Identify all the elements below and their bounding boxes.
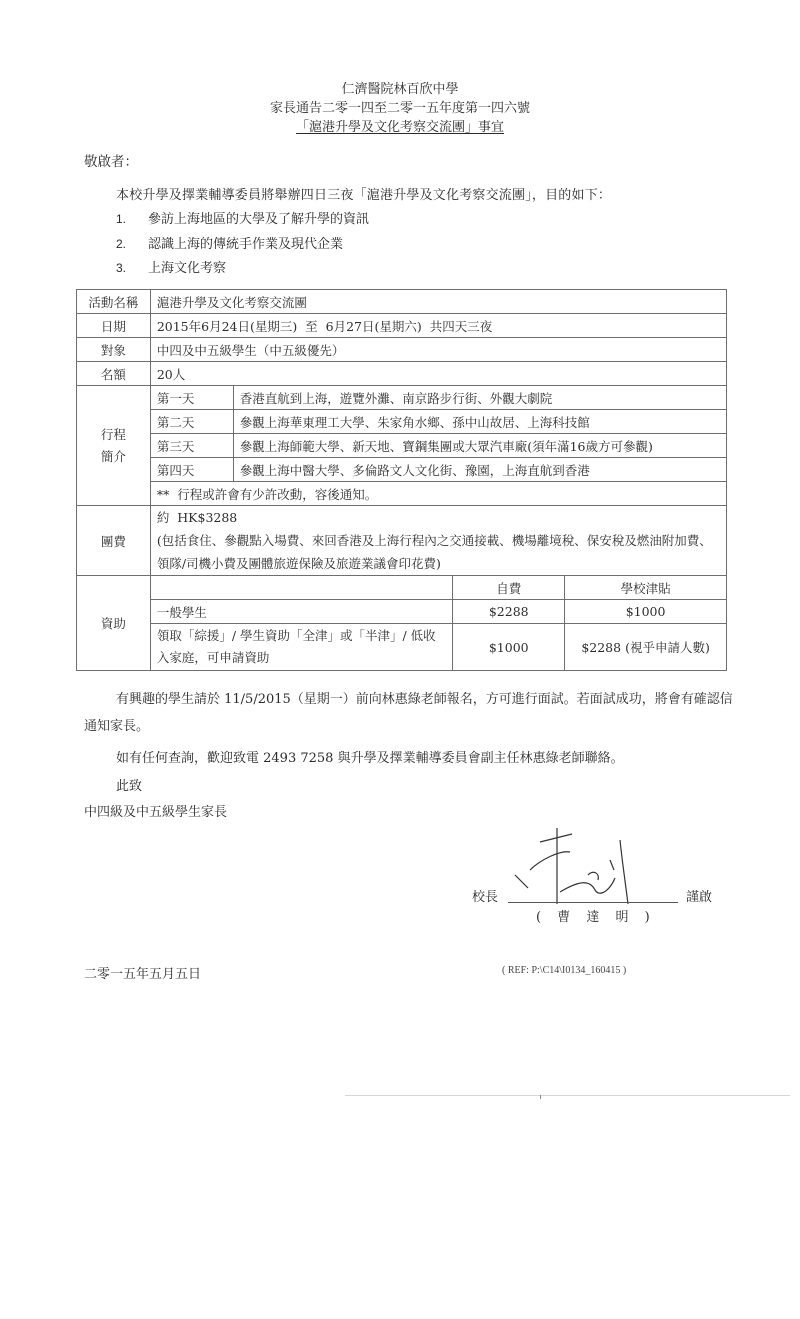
activity-info-table: 活動名稱 滬港升學及文化考察交流團 日期 2015年6月24日(星期三) 至 6… [76, 289, 727, 671]
fee-details: (包括食住、參觀點入場費、來回香港及上海行程內之交通接載、機場離境稅、保安稅及燃… [157, 529, 720, 575]
subsidy-self-paid: $1000 [453, 624, 565, 671]
itinerary-label: 行程 簡介 [77, 386, 151, 506]
itinerary-day-label: 第四天 [150, 458, 233, 482]
subsidy-header-school: 學校津貼 [565, 576, 727, 600]
principal-title: 校長 [472, 886, 498, 905]
itinerary-day-text: 參觀上海華東理工大學、朱家角水鄉、孫中山故居、上海科技館 [233, 410, 726, 434]
closing-phrase: 此致 [116, 775, 142, 794]
table-row-itinerary-day: 第四天 參觀上海中醫大學、多倫路文人文化街、豫園，上海直航到香港 [77, 458, 727, 482]
fee-label: 團費 [77, 506, 151, 576]
purpose-text: 認識上海的傳統手作業及現代企業 [148, 237, 343, 252]
fee-amount: 約 HK$3288 [157, 506, 720, 529]
table-row-activity-name: 活動名稱 滬港升學及文化考察交流團 [77, 290, 727, 314]
itinerary-label-line2: 簡介 [101, 449, 126, 464]
target-label: 對象 [77, 338, 151, 362]
subsidy-category: 一般學生 [150, 600, 452, 624]
enquiry-text: 如有任何查詢，歡迎致電 2493 7258 與升學及擇業輔導委員會副主任林惠綠老… [84, 751, 624, 766]
table-row-itinerary-note: ** 行程或許會有少許改動，容後通知。 [77, 482, 727, 506]
principal-name: ( 曹 達 明 ) [536, 906, 656, 925]
subsidy-self-paid: $2288 [453, 600, 565, 624]
school-name: 仁濟醫院林百欣中學 [0, 80, 800, 99]
purpose-text: 參訪上海地區的大學及了解升學的資訊 [148, 212, 369, 227]
signature-closing: 謹啟 [686, 886, 712, 905]
enquiry-paragraph: 如有任何查詢，歡迎致電 2493 7258 與升學及擇業輔導委員會副主任林惠綠老… [84, 745, 734, 772]
itinerary-label-line1: 行程 [101, 427, 126, 442]
purpose-text: 上海文化考察 [148, 261, 226, 276]
subsidy-header-self-paid: 自費 [453, 576, 565, 600]
registration-paragraph: 有興趣的學生請於 11/5/2015（星期一）前向林惠綠老師報名，方可進行面試。… [84, 686, 734, 740]
document-date: 二零一五年五月五日 [84, 963, 201, 982]
date-value: 2015年6月24日(星期三) 至 6月27日(星期六) 共四天三夜 [150, 314, 726, 338]
table-row-itinerary-day: 第二天 參觀上海華東理工大學、朱家角水鄉、孫中山故居、上海科技館 [77, 410, 727, 434]
table-row-itinerary-day: 行程 簡介 第一天 香港直航到上海，遊覽外灘、南京路步行街、外觀大劇院 [77, 386, 727, 410]
scan-artifact-tick [540, 1095, 541, 1099]
itinerary-day-label: 第三天 [150, 434, 233, 458]
principal-signature [510, 820, 660, 910]
reference-code: ( REF: P:\C14\I0134_160415 ) [502, 965, 626, 976]
subsidy-header-blank [150, 576, 452, 600]
registration-text: 有興趣的學生請於 11/5/2015（星期一）前向林惠綠老師報名，方可進行面試。… [84, 692, 733, 734]
table-row-target: 對象 中四及中五級學生（中五級優先） [77, 338, 727, 362]
activity-name-label: 活動名稱 [77, 290, 151, 314]
intro-paragraph: 本校升學及擇業輔導委員將舉辦四日三夜「滬港升學及文化考察交流團」，目的如下： [116, 184, 611, 203]
table-row-subsidy-header: 資助 自費 學校津貼 [77, 576, 727, 600]
quota-label: 名額 [77, 362, 151, 386]
date-label: 日期 [77, 314, 151, 338]
table-row-fee: 團費 約 HK$3288 (包括食住、參觀點入場費、來回香港及上海行程內之交通接… [77, 506, 727, 576]
recipient: 中四級及中五級學生家長 [84, 801, 227, 820]
scan-artifact-line [345, 1095, 790, 1096]
table-row-quota: 名額 20人 [77, 362, 727, 386]
subsidy-label: 資助 [77, 576, 151, 671]
purpose-item: 3.上海文化考察 [116, 257, 226, 276]
subsidy-school: $1000 [565, 600, 727, 624]
itinerary-day-text: 香港直航到上海，遊覽外灘、南京路步行街、外觀大劇院 [233, 386, 726, 410]
purpose-number: 2. [116, 237, 148, 251]
table-row-date: 日期 2015年6月24日(星期三) 至 6月27日(星期六) 共四天三夜 [77, 314, 727, 338]
quota-value: 20人 [150, 362, 726, 386]
purpose-number: 1. [116, 212, 148, 226]
activity-name-value: 滬港升學及文化考察交流團 [150, 290, 726, 314]
purpose-number: 3. [116, 261, 148, 275]
itinerary-day-label: 第二天 [150, 410, 233, 434]
salutation: 敬啟者： [84, 150, 138, 170]
itinerary-day-text: 參觀上海師範大學、新天地、寶鋼集團或大眾汽車廠(須年滿16歲方可參觀) [233, 434, 726, 458]
fee-cell: 約 HK$3288 (包括食住、參觀點入場費、來回香港及上海行程內之交通接載、機… [150, 506, 726, 576]
table-row-itinerary-day: 第三天 參觀上海師範大學、新天地、寶鋼集團或大眾汽車廠(須年滿16歲方可參觀) [77, 434, 727, 458]
itinerary-note: ** 行程或許會有少許改動，容後通知。 [150, 482, 726, 506]
subsidy-school: $2288 (視乎申請人數) [565, 624, 727, 671]
signature-line [508, 902, 678, 903]
subsidy-category: 領取「綜援」/ 學生資助「全津」或「半津」/ 低收入家庭，可申請資助 [150, 624, 452, 671]
notice-number: 家長通告二零一四至二零一五年度第一四六號 [0, 99, 800, 118]
purpose-item: 1.參訪上海地區的大學及了解升學的資訊 [116, 208, 369, 227]
table-row-subsidy: 一般學生 $2288 $1000 [77, 600, 727, 624]
notice-subject: 「滬港升學及文化考察交流團」事宜 [0, 118, 800, 137]
itinerary-day-label: 第一天 [150, 386, 233, 410]
itinerary-day-text: 參觀上海中醫大學、多倫路文人文化街、豫園，上海直航到香港 [233, 458, 726, 482]
table-row-subsidy: 領取「綜援」/ 學生資助「全津」或「半津」/ 低收入家庭，可申請資助 $1000… [77, 624, 727, 671]
purpose-item: 2.認識上海的傳統手作業及現代企業 [116, 233, 343, 252]
target-value: 中四及中五級學生（中五級優先） [150, 338, 726, 362]
document-header: 仁濟醫院林百欣中學 家長通告二零一四至二零一五年度第一四六號 「滬港升學及文化考… [0, 80, 800, 137]
